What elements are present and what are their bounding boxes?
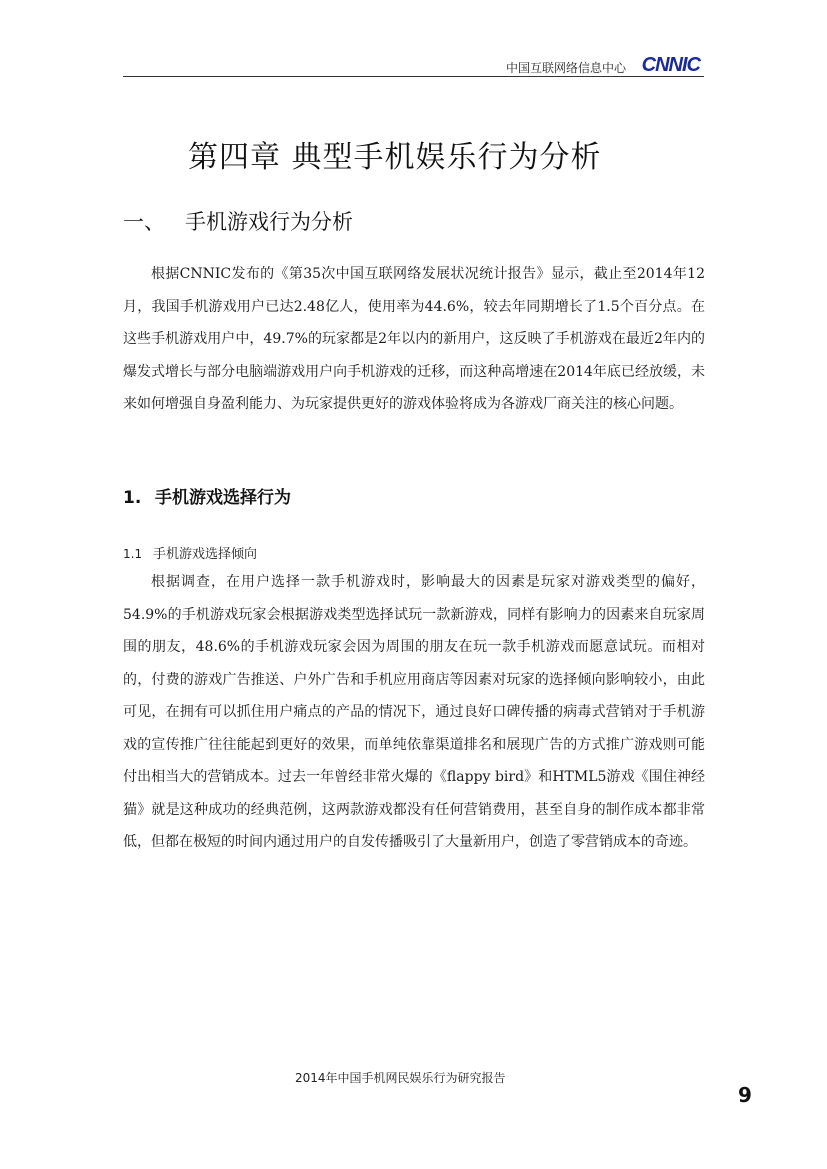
subsection-heading: 1.手机游戏选择行为	[123, 483, 291, 508]
body-paragraph-block: 根据调查，在用户选择一款手机游戏时，影响最大的因素是玩家对游戏类型的偏好，54.…	[123, 566, 705, 859]
header-org-name: 中国互联网络信息中心	[506, 59, 626, 76]
intro-paragraph-block: 根据CNNIC发布的《第35次中国互联网络发展状况统计报告》显示，截止至2014…	[123, 258, 705, 421]
section-heading: 一、手机游戏行为分析	[123, 206, 353, 236]
subsection-title: 手机游戏选择行为	[155, 488, 291, 508]
page-number: 9	[738, 1083, 752, 1107]
cnnic-logo-icon: CNNIC	[642, 54, 700, 77]
header-divider	[123, 76, 704, 77]
body-paragraph: 根据调查，在用户选择一款手机游戏时，影响最大的因素是玩家对游戏类型的偏好，54.…	[123, 566, 705, 859]
subsection-number: 1.	[123, 488, 155, 508]
section-title: 手机游戏行为分析	[185, 210, 353, 234]
subsubsection-number: 1.1	[123, 547, 153, 561]
footer-report-title: 2014年中国手机网民娱乐行为研究报告	[295, 1069, 506, 1086]
intro-paragraph: 根据CNNIC发布的《第35次中国互联网络发展状况统计报告》显示，截止至2014…	[123, 258, 705, 421]
page-header: 中国互联网络信息中心 CNNIC	[123, 52, 704, 76]
subsubsection-title: 手机游戏选择倾向	[153, 547, 257, 562]
section-number: 一、	[123, 206, 185, 236]
chapter-title: 第四章 典型手机娱乐行为分析	[188, 132, 602, 176]
subsubsection-heading: 1.1手机游戏选择倾向	[123, 543, 257, 562]
